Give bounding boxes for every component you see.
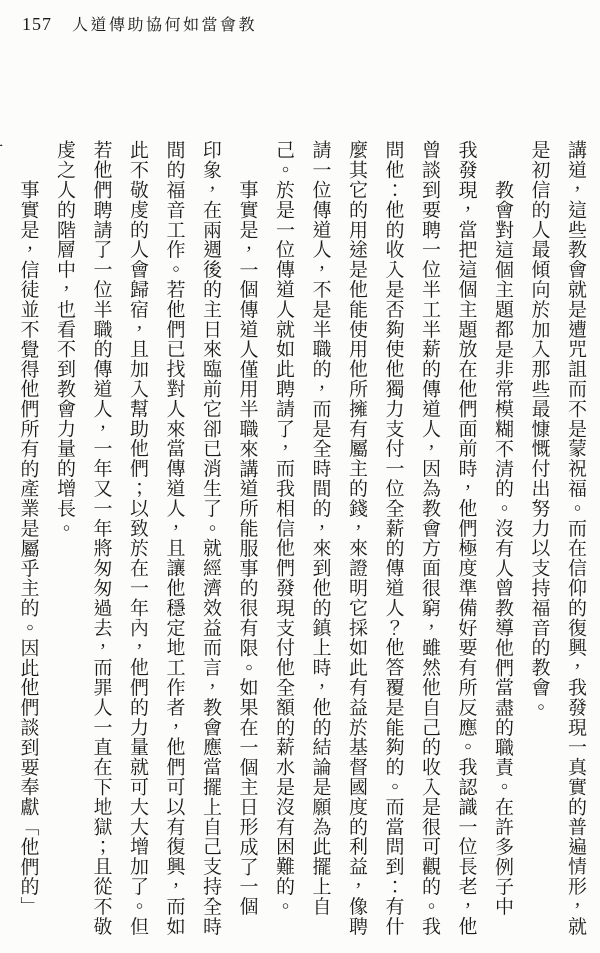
book-page: 157 人道傳助協何如當會教 講道，這些教會就是遭咒詛而不是蒙祝福。而在信仰的復…: [0, 0, 600, 953]
paragraph: 教會對這個主題都是非常模糊不清的。沒有人曾教導他們當盡的職責。在許多例子中我發現…: [265, 140, 521, 936]
page-number: 157: [22, 14, 52, 35]
paragraph: 事實是，信徒並不覺得他們所有的產業是屬乎主的。因此他們談到要奉獻「他們的」財: [0, 140, 46, 936]
chapter-title: 人道傳助協何如當會教: [72, 12, 257, 35]
paragraph: 事實是，一個傳道人僅用半職來講道所能服事的很有限。如果在一個主日形成了一個印象，…: [46, 140, 265, 936]
running-head: 157 人道傳助協何如當會教: [22, 12, 257, 35]
page-body: 講道，這些教會就是遭咒詛而不是蒙祝福。而在信仰的復興，我發現一真實的普遍情形，就…: [9, 140, 593, 936]
paragraph: 講道，這些教會就是遭咒詛而不是蒙祝福。而在信仰的復興，我發現一真實的普遍情形，就…: [520, 140, 593, 936]
